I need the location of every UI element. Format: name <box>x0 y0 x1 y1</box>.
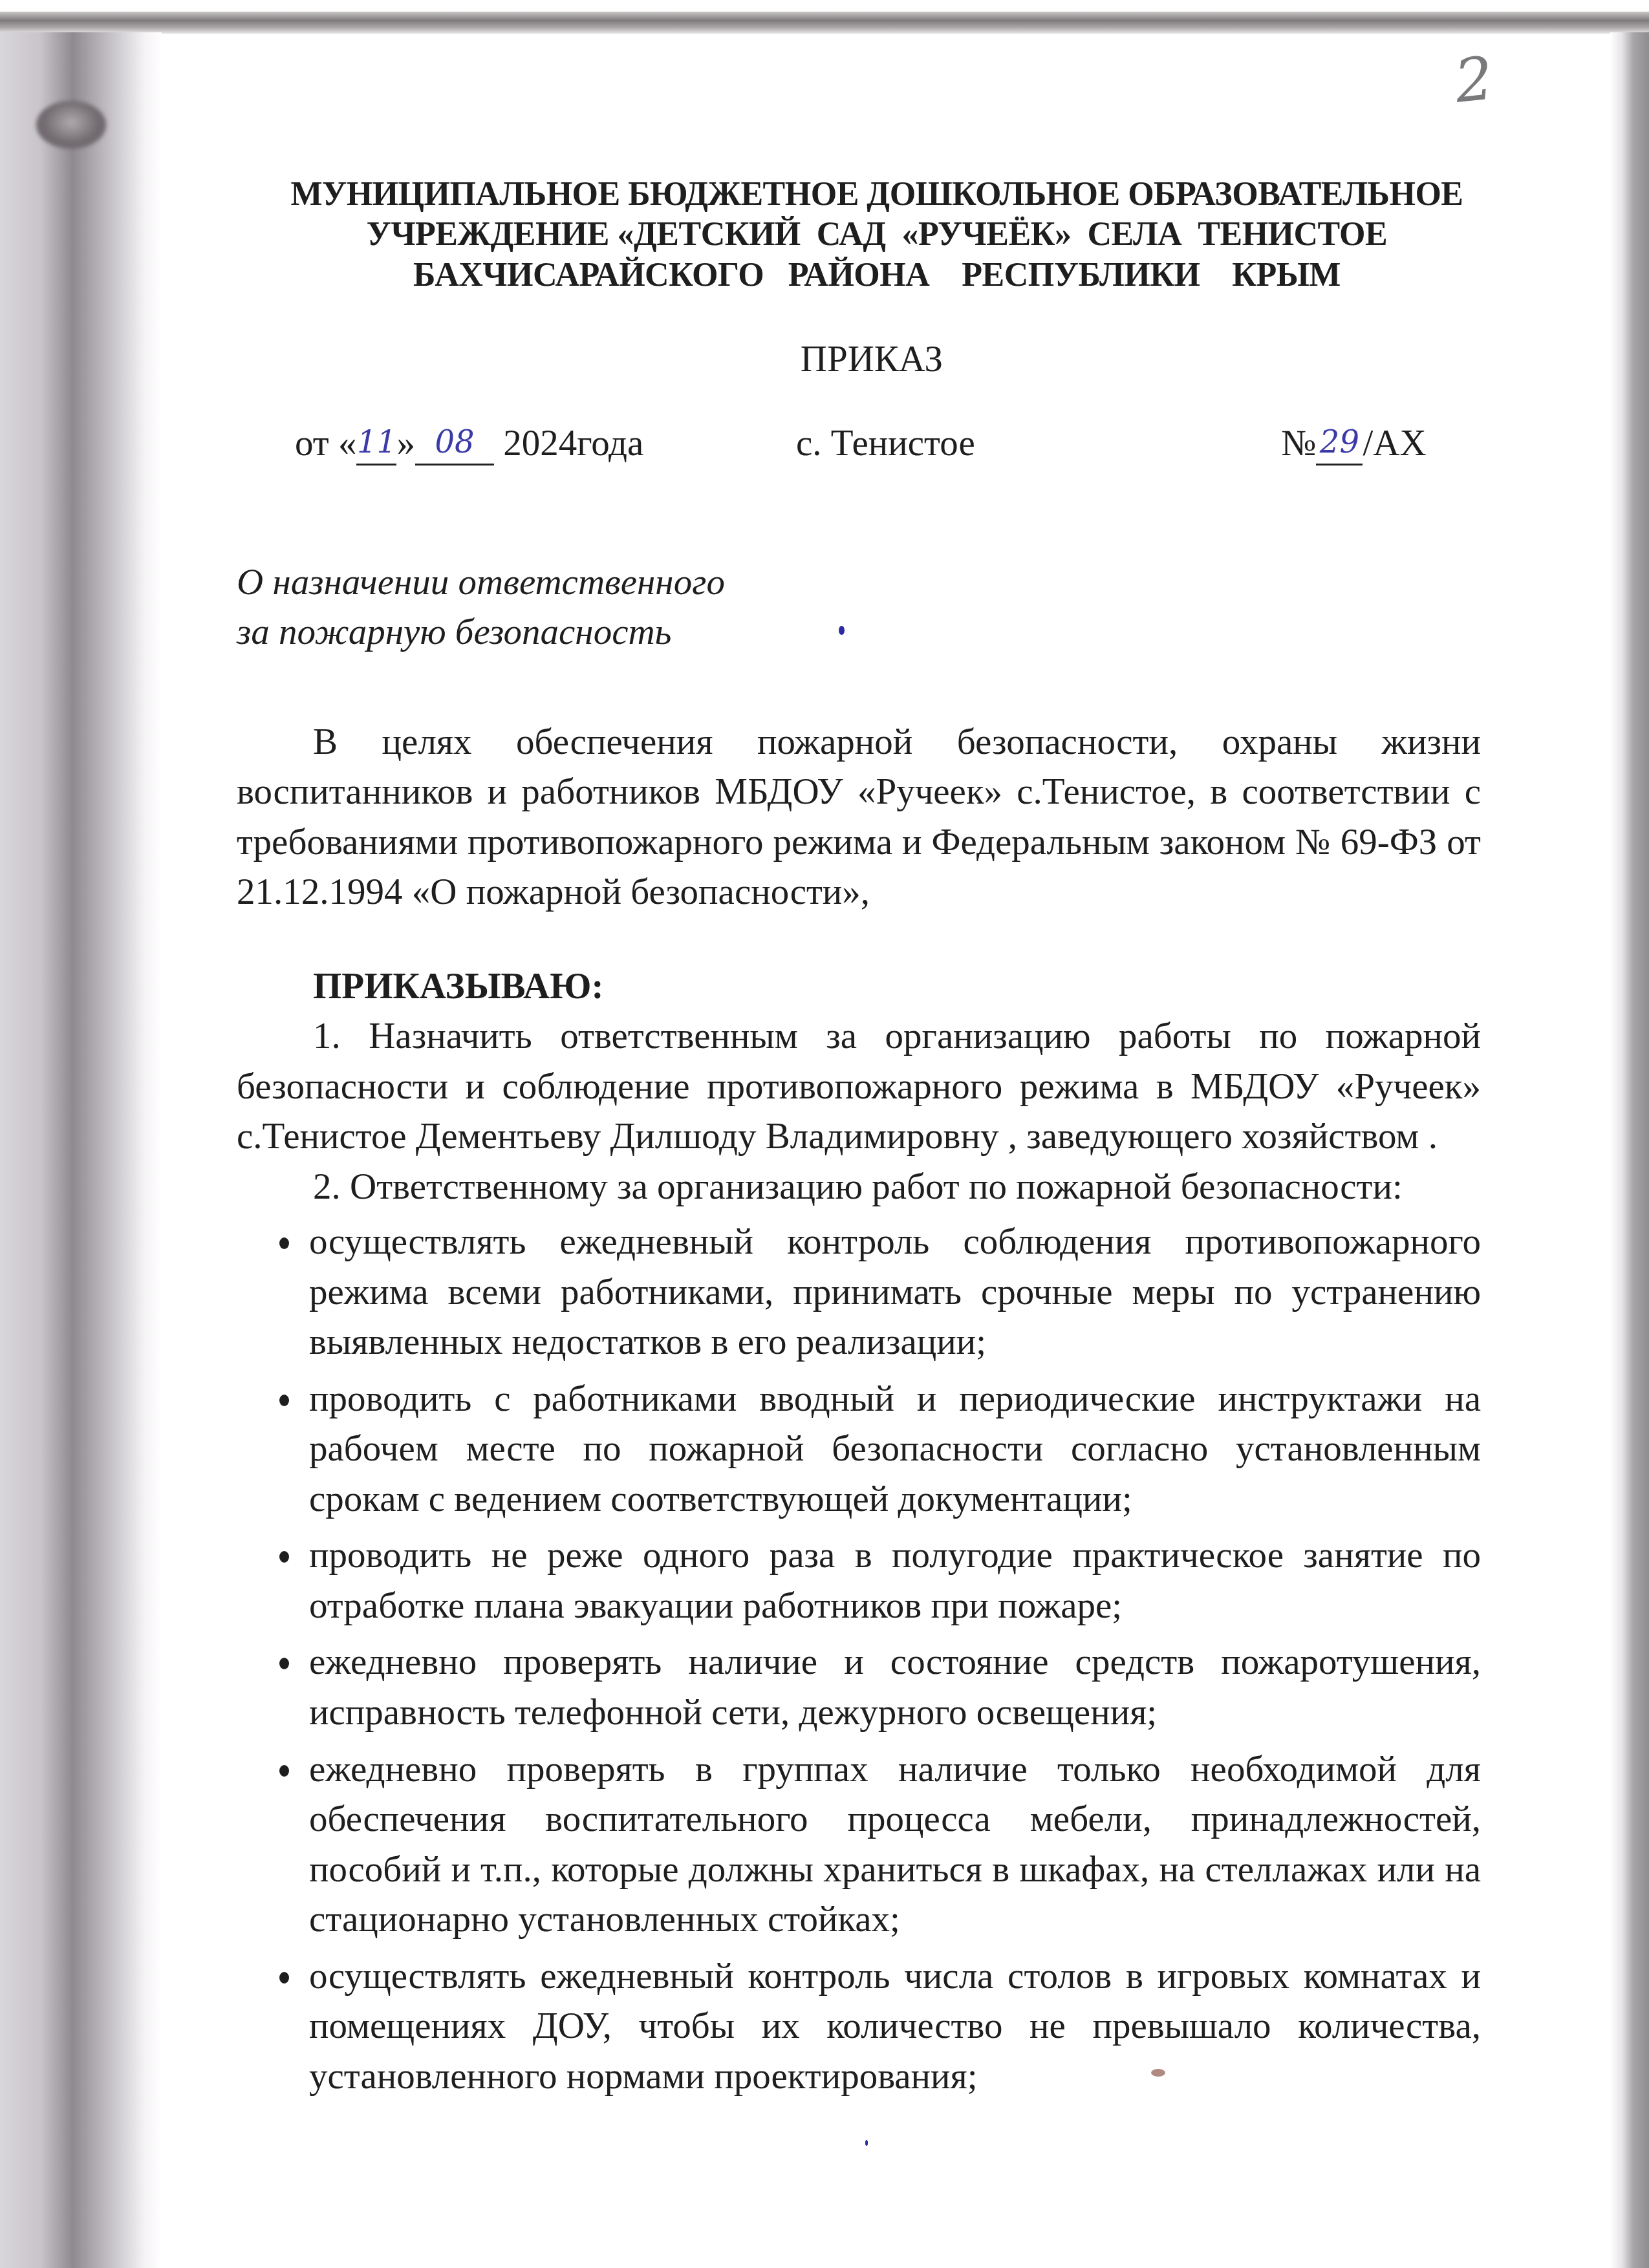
ink-speck <box>839 626 845 635</box>
scan-margin <box>0 0 1649 12</box>
order-number: №29/АХ <box>1281 418 1427 469</box>
list-item: ежедневно проверять в группах наличие то… <box>237 1744 1481 1945</box>
date-year: 2024года <box>494 423 643 464</box>
list-item-text: осуществлять ежедневный контроль соблюде… <box>309 1221 1481 1362</box>
list-item-text: проводить с работниками вводный и период… <box>309 1378 1481 1519</box>
list-item: осуществлять ежедневный контроль соблюде… <box>237 1217 1481 1367</box>
number-suffix: /АХ <box>1363 423 1426 464</box>
date-quote-close: » <box>396 423 415 464</box>
list-item: проводить не реже одного раза в полугоди… <box>237 1530 1481 1631</box>
handwritten-day: 11 <box>356 422 396 465</box>
list-item-text: ежедневно проверять наличие и состояние … <box>309 1642 1481 1733</box>
bullet-icon <box>279 1551 289 1563</box>
order-place: с. Тенистое <box>796 418 975 469</box>
org-line-3: БАХЧИСАРАЙСКОГО РАЙОНА РЕСПУБЛИКИ КРЫМ <box>263 255 1491 295</box>
list-item: проводить с работниками вводный и период… <box>237 1374 1481 1524</box>
bullet-icon <box>279 1237 289 1249</box>
list-item: ежедневно проверять наличие и состояние … <box>237 1637 1481 1737</box>
scanner-left-shadow <box>0 32 162 2268</box>
handwritten-month: 08 <box>415 422 494 465</box>
subject-line-2: за пожарную безопасность <box>237 607 1481 658</box>
preamble-paragraph: В целях обеспечения пожарной безопасност… <box>237 717 1481 917</box>
list-item-text: ежедневно проверять в группах наличие то… <box>309 1749 1481 1940</box>
list-item: осуществлять ежедневный контроль числа с… <box>237 1951 1481 2102</box>
organization-header: МУНИЦИПАЛЬНОЕ БЮДЖЕТНОЕ ДОШКОЛЬНОЕ ОБРАЗ… <box>263 175 1491 295</box>
list-item-text: осуществлять ежедневный контроль числа с… <box>309 1956 1481 2097</box>
binder-ring-shadow <box>36 101 106 149</box>
list-item-text: проводить не реже одного раза в полугоди… <box>309 1535 1481 1626</box>
ink-speck <box>1151 2069 1165 2077</box>
bullet-icon <box>279 1395 289 1406</box>
document-body: МУНИЦИПАЛЬНОЕ БЮДЖЕТНОЕ ДОШКОЛЬНОЕ ОБРАЗ… <box>237 175 1481 2108</box>
ink-speck <box>865 2140 868 2146</box>
scanner-right-shadow <box>1610 32 1649 2268</box>
handwritten-page-number: 2 <box>1452 43 1496 116</box>
bullet-icon <box>279 1658 289 1669</box>
org-line-1: МУНИЦИПАЛЬНОЕ БЮДЖЕТНОЕ ДОШКОЛЬНОЕ ОБРАЗ… <box>263 175 1491 215</box>
org-line-2: УЧРЕЖДЕНИЕ «ДЕТСКИЙ САД «РУЧЕЁК» СЕЛА ТЕ… <box>263 215 1491 255</box>
handwritten-order-number: 29 <box>1316 422 1363 465</box>
clause-1: 1. Назначить ответственным за организаци… <box>237 1011 1481 1162</box>
clause-2: 2. Ответственному за организацию работ п… <box>237 1162 1481 1212</box>
order-meta-line: от «11»08 2024года с. Тенистое №29/АХ <box>237 418 1481 476</box>
duties-list: осуществлять ежедневный контроль соблюде… <box>237 1217 1481 2101</box>
bullet-icon <box>279 1765 289 1777</box>
subject-line-1: О назначении ответственного <box>237 557 1481 608</box>
document-type-title: ПРИКАЗ <box>263 334 1481 385</box>
order-date: от «11»08 2024года <box>295 418 643 469</box>
order-subject: О назначении ответственного за пожарную … <box>237 557 1481 658</box>
order-directive-heading: ПРИКАЗЫВАЮ: <box>237 961 1481 1012</box>
bullet-icon <box>279 1972 289 1984</box>
number-sign: № <box>1281 423 1316 464</box>
date-prefix: от « <box>295 423 356 464</box>
scanner-top-edge <box>0 12 1649 34</box>
